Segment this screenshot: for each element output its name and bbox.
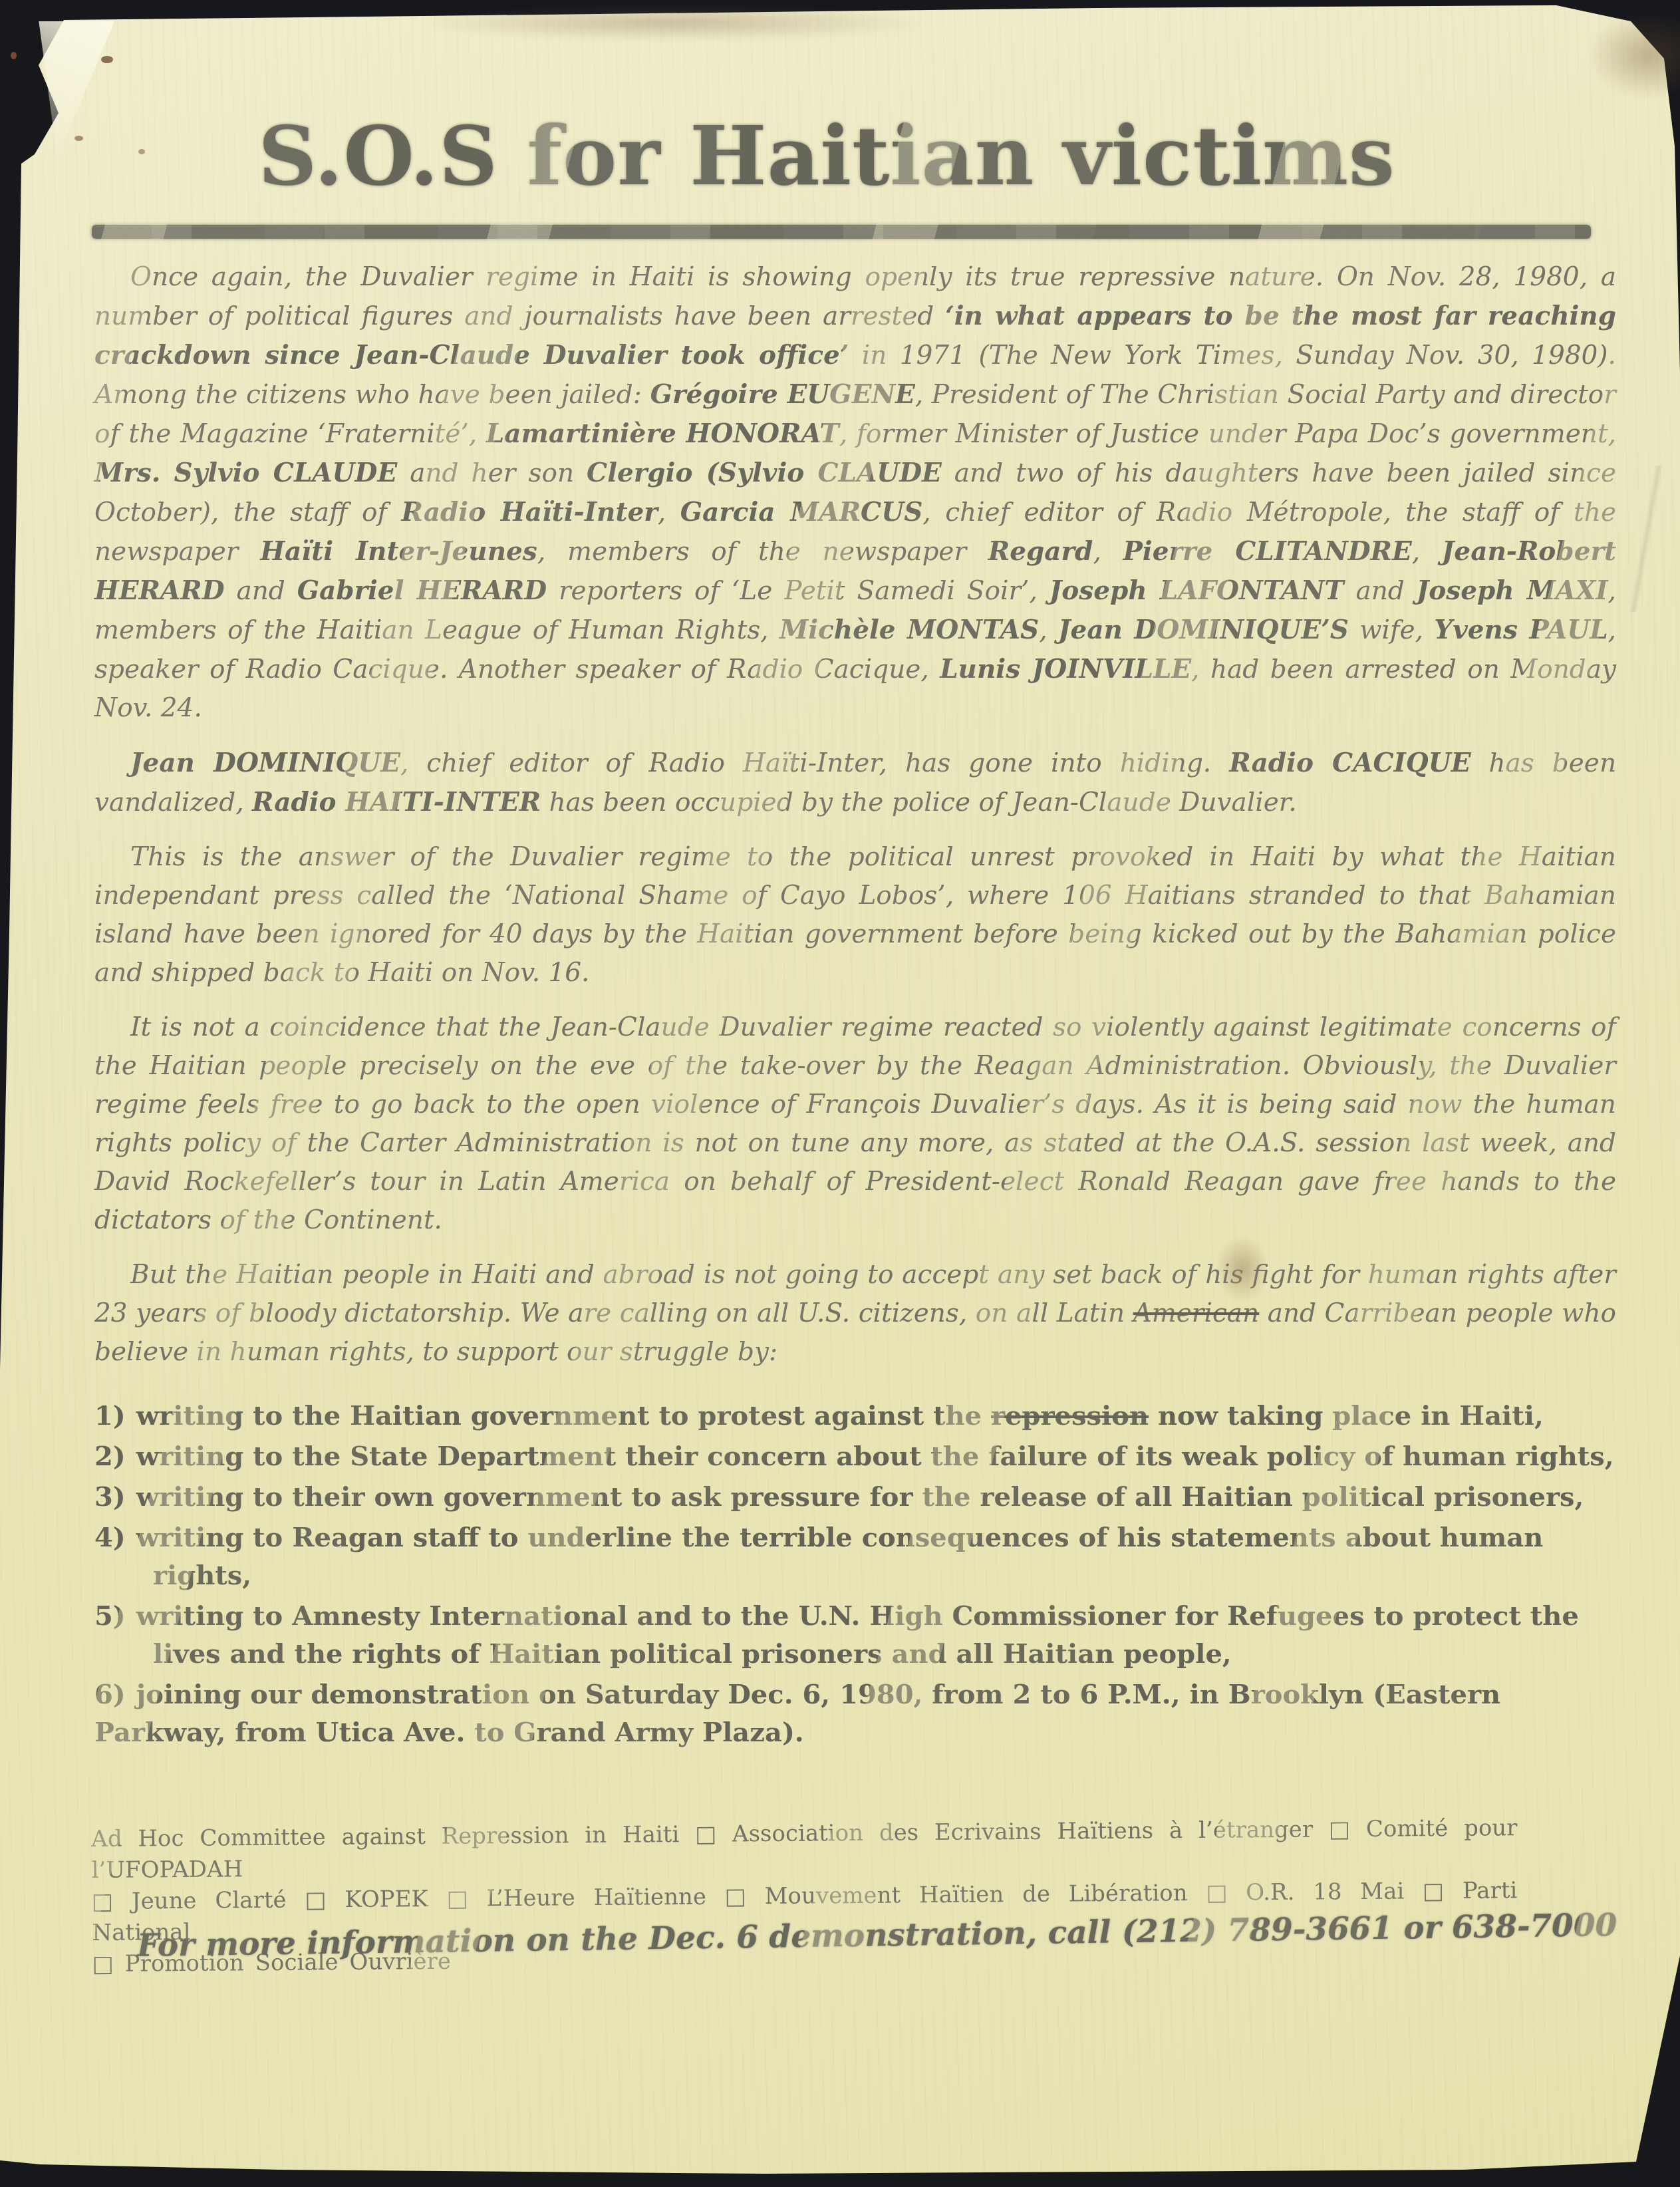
action-item-2: 2)writing to the State Department their …	[94, 1437, 1616, 1475]
action-item-4: 4)writing to Reagan staff to underline t…	[94, 1519, 1616, 1594]
action-list: 1)writing to the Haitian government to p…	[94, 1397, 1616, 1751]
item-number: 3)	[94, 1481, 136, 1513]
item-text: writing to the Haitian government to pro…	[136, 1400, 1544, 1431]
action-item-3: 3)writing to their own government to ask…	[94, 1478, 1616, 1516]
item-number: 1)	[94, 1400, 136, 1431]
printed-content: S.O.S for Haitian victims Once again, th…	[0, 0, 1680, 2187]
item-number: 2)	[94, 1441, 136, 1472]
item-text: writing to the State Department their co…	[136, 1441, 1614, 1472]
paragraph-cayo-lobos: This is the answer of the Duvalier regim…	[94, 838, 1616, 992]
item-number: 4)	[94, 1522, 136, 1553]
title-underline	[92, 225, 1591, 239]
paragraph-reagan-administration: It is not a coincidence that the Jean-Cl…	[94, 1008, 1616, 1240]
item-text: writing to Reagan staff to underline the…	[136, 1522, 1544, 1591]
body-text: Once again, the Duvalier regime in Haiti…	[94, 258, 1616, 1754]
paragraph-radio-stations: Jean DOMINIQUE, chief editor of Radio Ha…	[94, 744, 1616, 822]
item-number: 6)	[94, 1679, 136, 1710]
scanned-flyer: S.O.S for Haitian victims Once again, th…	[0, 0, 1680, 2187]
page-title: S.O.S for Haitian victims	[0, 108, 1653, 204]
action-item-5: 5)writing to Amnesty International and t…	[94, 1597, 1616, 1673]
organizations-line: Ad Hoc Committee against Repression in H…	[91, 1812, 1615, 1886]
action-item-6: 6)joining our demonstration on Saturday …	[94, 1676, 1616, 1751]
item-text: joining our demonstration on Saturday De…	[94, 1679, 1500, 1748]
action-item-1: 1)writing to the Haitian government to p…	[94, 1397, 1616, 1435]
item-number: 5)	[94, 1600, 136, 1632]
paragraph-arrests: Once again, the Duvalier regime in Haiti…	[94, 258, 1616, 728]
item-text: writing to Amnesty International and to …	[136, 1600, 1579, 1670]
item-text: writing to their own government to ask p…	[136, 1481, 1584, 1513]
paragraph-call-to-action: But the Haitian people in Haiti and abro…	[94, 1256, 1616, 1372]
